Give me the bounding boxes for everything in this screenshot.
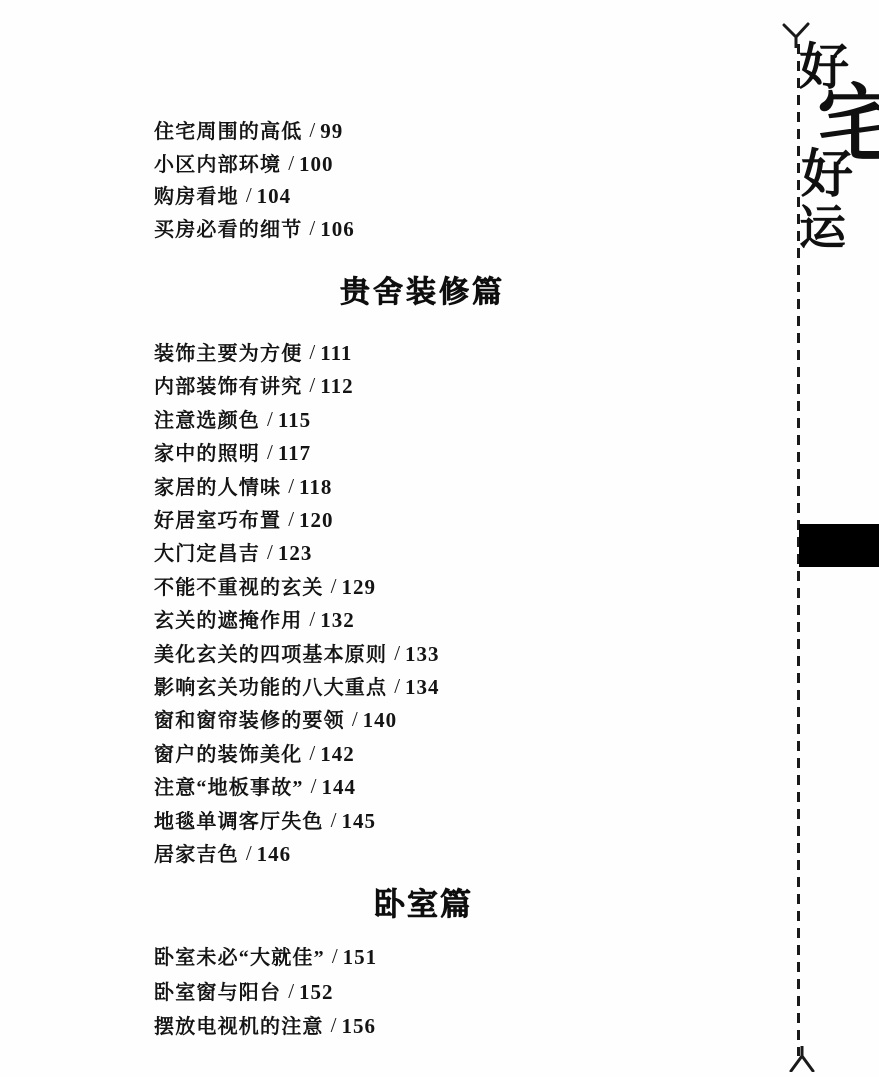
toc-entry: 地毯单调客厅失色/145 (154, 805, 440, 838)
toc-separator: / (281, 148, 299, 180)
toc-entry-title: 摆放电视机的注意 (154, 1016, 324, 1038)
toc-page-number: 140 (363, 708, 398, 732)
toc-entry-title: 不能不重视的玄关 (154, 577, 324, 599)
toc-separator: / (324, 1009, 342, 1043)
toc-separator: / (281, 470, 299, 502)
toc-page-number: 106 (320, 217, 355, 241)
toc-entry-title: 美化玄关的四项基本原则 (154, 644, 387, 666)
toc-separator: / (302, 336, 320, 368)
toc-entry: 窗户的装饰美化/142 (154, 738, 440, 771)
toc-entry-title: 窗和窗帘装修的要领 (154, 710, 345, 732)
toc-entry-title: 住宅周围的高低 (154, 121, 302, 143)
toc-entry: 美化玄关的四项基本原则/133 (154, 638, 440, 671)
toc-separator: / (302, 603, 320, 635)
toc-entry-title: 影响玄关功能的八大重点 (154, 677, 387, 699)
toc-entry-title: 卧室窗与阳台 (154, 982, 281, 1004)
toc-page-number: 117 (278, 441, 311, 465)
section-header-decoration: 贵舍装修篇 (340, 267, 505, 311)
toc-separator: / (387, 670, 405, 702)
toc-separator: / (239, 180, 257, 212)
toc-list-bedroom: 卧室未必“大就佳”/151 卧室窗与阳台/152 摆放电视机的注意/156 (154, 941, 377, 1045)
toc-entry: 影响玄关功能的八大重点/134 (154, 671, 440, 704)
toc-entry: 窗和窗帘装修的要领/140 (154, 704, 440, 737)
toc-page-number: 142 (320, 742, 355, 766)
toc-entry: 摆放电视机的注意/156 (154, 1010, 377, 1045)
book-title-char-hao2: 好 (801, 150, 853, 202)
toc-page-number: 132 (320, 608, 355, 632)
toc-entry: 不能不重视的玄关/129 (154, 571, 440, 604)
toc-page-number: 100 (299, 152, 334, 176)
toc-entry-title: 窗户的装饰美化 (154, 744, 302, 766)
toc-entry-title: 家居的人情味 (154, 477, 281, 499)
toc-page-number: 129 (341, 575, 376, 599)
toc-entry: 家居的人情味/118 (154, 471, 440, 504)
toc-separator: / (302, 369, 320, 401)
page-edge-tab (799, 524, 879, 567)
toc-separator: / (239, 837, 257, 869)
toc-entry-title: 买房必看的细节 (154, 219, 302, 241)
toc-page-number: 151 (343, 945, 378, 969)
toc-entry: 居家吉色/146 (154, 838, 440, 871)
toc-separator: / (387, 637, 405, 669)
toc-separator: / (324, 804, 342, 836)
toc-entry: 注意选颜色/115 (154, 404, 440, 437)
toc-page-number: 133 (405, 642, 440, 666)
toc-page-number: 145 (341, 809, 376, 833)
toc-separator: / (324, 570, 342, 602)
toc-entry-title: 注意“地板事故” (154, 777, 304, 799)
toc-entry: 玄关的遮掩作用/132 (154, 604, 440, 637)
toc-page-number: 118 (299, 475, 332, 499)
toc-separator: / (260, 536, 278, 568)
toc-entry-title: 卧室未必“大就佳” (154, 947, 325, 969)
toc-entry-title: 居家吉色 (154, 844, 239, 866)
toc-entry: 卧室窗与阳台/152 (154, 976, 377, 1011)
toc-separator: / (260, 403, 278, 435)
toc-entry-title: 小区内部环境 (154, 154, 281, 176)
toc-page-number: 134 (405, 675, 440, 699)
toc-page-number: 156 (341, 1014, 376, 1038)
toc-separator: / (281, 975, 299, 1009)
toc-separator: / (302, 213, 320, 245)
toc-entry: 购房看地/104 (154, 181, 355, 214)
toc-entry-title: 家中的照明 (154, 443, 260, 465)
toc-entry-title: 购房看地 (154, 186, 239, 208)
scanned-book-page: 住宅周围的高低/99 小区内部环境/100 购房看地/104 买房必看的细节/1… (0, 0, 879, 1077)
toc-entry: 内部装饰有讲究/112 (154, 370, 440, 403)
toc-page-number: 111 (320, 341, 352, 365)
toc-separator: / (325, 940, 343, 974)
book-title-char-yun: 运 (799, 206, 846, 253)
bottom-y-mark-icon (788, 1046, 816, 1072)
section-header-bedroom: 卧室篇 (374, 879, 473, 924)
toc-entry: 装饰主要为方便/111 (154, 337, 440, 370)
toc-entry-title: 好居室巧布置 (154, 510, 281, 532)
toc-entry: 好居室巧布置/120 (154, 504, 440, 537)
toc-entry-title: 玄关的遮掩作用 (154, 610, 302, 632)
toc-page-number: 104 (257, 184, 292, 208)
toc-entry-title: 内部装饰有讲究 (154, 376, 302, 398)
toc-page-number: 120 (299, 508, 334, 532)
toc-page-number: 123 (278, 541, 313, 565)
toc-entry: 买房必看的细节/106 (154, 214, 355, 247)
toc-entry: 家中的照明/117 (154, 437, 440, 470)
toc-page-number: 146 (257, 842, 292, 866)
toc-page-number: 152 (299, 980, 334, 1004)
toc-entry: 小区内部环境/100 (154, 149, 355, 182)
toc-separator: / (345, 703, 363, 735)
toc-separator: / (302, 737, 320, 769)
toc-page-number: 112 (320, 374, 353, 398)
toc-page-number: 144 (321, 775, 356, 799)
toc-entry-title: 地毯单调客厅失色 (154, 811, 324, 833)
toc-separator: / (260, 436, 278, 468)
toc-entry: 大门定昌吉/123 (154, 537, 440, 570)
toc-list-decoration: 装饰主要为方便/111 内部装饰有讲究/112 注意选颜色/115 家中的照明/… (154, 337, 440, 872)
toc-separator: / (304, 770, 322, 802)
toc-separator: / (281, 503, 299, 535)
toc-entry-title: 装饰主要为方便 (154, 343, 302, 365)
toc-list-top: 住宅周围的高低/99 小区内部环境/100 购房看地/104 买房必看的细节/1… (154, 116, 355, 247)
toc-entry: 注意“地板事故”/144 (154, 771, 440, 804)
toc-page-number: 99 (320, 119, 343, 143)
toc-separator: / (302, 115, 320, 147)
toc-entry-title: 大门定昌吉 (154, 543, 260, 565)
toc-page-number: 115 (278, 408, 311, 432)
toc-entry-title: 注意选颜色 (154, 410, 260, 432)
toc-entry: 住宅周围的高低/99 (154, 116, 355, 149)
toc-entry: 卧室未必“大就佳”/151 (154, 941, 377, 976)
